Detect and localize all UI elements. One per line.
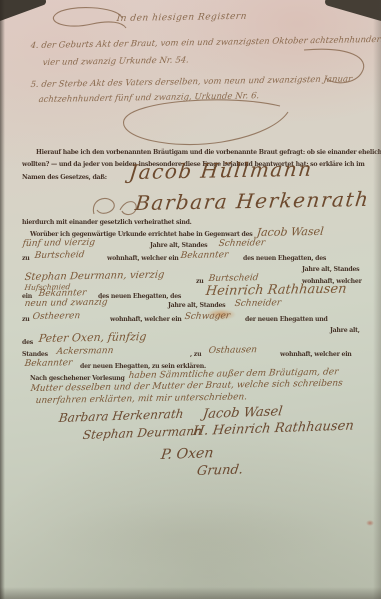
witness-4-relation: Bekannter: [24, 358, 73, 369]
signature-witness-1: Jacob Wasel: [202, 404, 283, 422]
des-label: des: [22, 339, 33, 346]
registry-heading: In den hiesigen Registern: [116, 12, 247, 24]
of-groom-label-1: des neuen Ehegatten, des: [243, 255, 326, 262]
closing-printed: Nach geschehener Vorlesung: [30, 375, 125, 382]
ink-flourish-icon: [112, 98, 292, 154]
zu-label-3: zu: [22, 316, 30, 323]
witness-3-relation: Schwager: [184, 311, 231, 322]
page-edge-shadow: [0, 587, 381, 599]
witness-4-name-age: Peter Oxen, fünfzig: [38, 330, 147, 345]
scanned-marriage-record-page: In den hiesigen Registern 4. der Geburts…: [0, 0, 381, 599]
witness-3-occupation: Schneider: [234, 298, 282, 309]
photo-corner-shadow: [0, 0, 47, 26]
declare-label: der neuen Ehegatten, zu sein erklären.: [80, 363, 206, 370]
signature-bride: Barbara Herkenrath: [58, 407, 184, 425]
comma-zu-label: , zu: [190, 351, 201, 358]
age-status-label-3: Jahre alt, Standes: [168, 302, 225, 309]
groom-name: Jacob Hüllmann: [128, 157, 314, 184]
witness-3-age: neun und zwanzig: [24, 298, 108, 309]
witness-intro-printed: Worüber ich gegenwärtige Urkunde erricht…: [30, 231, 253, 238]
witness-1-place: Burtscheid: [34, 250, 85, 261]
resident-label-3: wohnhaft, welcher ein: [110, 316, 182, 323]
signature-official: Grund.: [196, 462, 244, 479]
resident-label-4: wohnhaft, welcher ein: [280, 351, 352, 358]
age-only-label: Jahre alt,: [330, 327, 360, 334]
signature-witness-2: Stephan Deurmann: [82, 424, 203, 442]
witness-4-place: Osthausen: [208, 345, 257, 356]
ink-stain: [366, 520, 374, 526]
registry-item-4-line-2: vier und zwanzig Urkunde Nr. 54.: [42, 55, 189, 68]
printed-declaration-line-3: Namen des Gesetzes, daß:: [22, 174, 107, 181]
of-spouses-label: der neuen Ehegatten und: [245, 316, 328, 323]
zu-label-1: zu: [22, 255, 30, 262]
closing-hand-line-3: unerfahren erklärten, mit mir unterschri…: [35, 392, 248, 406]
witness-4-occupation: Ackersmann: [56, 346, 114, 357]
printed-declaration-line-1: Hierauf habe ich den vorbenannten Bräuti…: [36, 149, 381, 156]
age-status-label-2: Jahre alt, Standes: [302, 266, 359, 273]
witness-3-place: Ostheeren: [32, 311, 81, 322]
witness-2-name-age: Stephan Deurmann, vierzig: [24, 270, 165, 283]
paper-stain: [40, 500, 340, 570]
bride-name: Barbara Herkenrath: [134, 187, 371, 215]
witness-1-relation: Bekannter: [180, 250, 229, 261]
witness-1-age: fünf und vierzig: [22, 238, 96, 249]
of-groom-label-2: des neuen Ehegatten, des: [98, 293, 181, 300]
printed-married-line: hierdurch mit einander gesetzlich verhei…: [22, 219, 192, 226]
zu-label-2: zu: [196, 278, 204, 285]
page-edge-shadow: [0, 0, 5, 599]
resident-label-1: wohnhaft, welcher ein: [107, 255, 179, 262]
witness-1-occupation: Schneider: [218, 238, 266, 249]
signature-witness-4: P. Oxen: [160, 445, 214, 463]
witness-3-name: Heinrich Rathhausen: [205, 282, 347, 299]
standes-label: Standes: [22, 351, 48, 358]
page-edge-shadow: [373, 0, 381, 599]
age-status-label-1: Jahre alt, Standes: [150, 242, 207, 249]
witness-1-name: Jacob Wasel: [256, 225, 324, 239]
